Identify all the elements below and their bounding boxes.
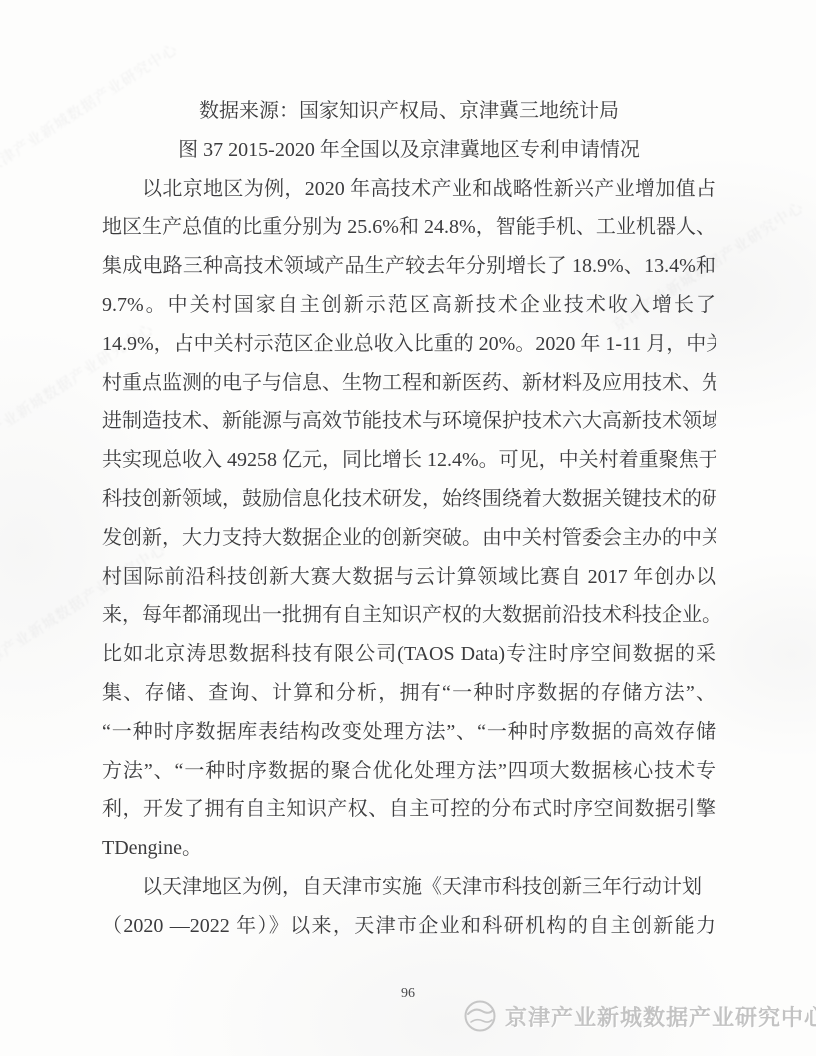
body-line: 利，开发了拥有自主知识产权、自主可控的分布式时序空间数据引擎: [102, 790, 716, 829]
body-line: 村重点监测的电子与信息、生物工程和新医药、新材料及应用技术、先: [102, 364, 716, 403]
body-line: 来，每年都涌现出一批拥有自主知识产权的大数据前沿技术科技企业。: [102, 596, 716, 635]
body-line: 以天津地区为例，自天津市实施《天津市科技创新三年行动计划: [102, 868, 716, 907]
swirl-globe-icon: [462, 998, 498, 1034]
body-line: “一种时序数据库表结构改变处理方法”、“一种时序数据的高效存储: [102, 713, 716, 752]
body-line: TDengine。: [102, 829, 716, 868]
body-line: 集、存储、查询、计算和分析，拥有“一种时序数据的存储方法”、: [102, 674, 716, 713]
body-line: 方法”、“一种时序数据的聚合优化处理方法”四项大数据核心技术专: [102, 752, 716, 791]
body-line: 进制造技术、新能源与高效节能技术与环境保护技术六大高新技术领域: [102, 402, 716, 441]
body-line: 9.7%。中关村国家自主创新示范区高新技术企业技术收入增长了: [102, 286, 716, 325]
footer-brand: 京津产业新城数据产业研究中心: [462, 998, 816, 1034]
body-line: 集成电路三种高技术领域产品生产较去年分别增长了 18.9%、13.4%和: [102, 247, 716, 286]
body-line: 共实现总收入 49258 亿元，同比增长 12.4%。可见，中关村着重聚焦于: [102, 441, 716, 480]
body-line: 发创新，大力支持大数据企业的创新突破。由中关村管委会主办的中关: [102, 519, 716, 558]
body-line: 地区生产总值的比重分别为 25.6%和 24.8%，智能手机、工业机器人、: [102, 208, 716, 247]
document-page: 京津产业新城数据产业研究中心 京津产业新城数据产业研究中心 京津产业新城数据产业…: [0, 0, 816, 1056]
body-line: 比如北京涛思数据科技有限公司(TAOS Data)专注时序空间数据的采: [102, 635, 716, 674]
body-line: 以北京地区为例，2020 年高技术产业和战略性新兴产业增加值占: [102, 170, 716, 209]
body-text: 数据来源：国家知识产权局、京津冀三地统计局 图 37 2015-2020 年全国…: [102, 92, 716, 946]
body-line: （2020 —2022 年）》以来，天津市企业和科研机构的自主创新能力: [102, 907, 716, 946]
body-line: 14.9%，占中关村示范区企业总收入比重的 20%。2020 年 1-11 月，…: [102, 325, 716, 364]
figure-caption: 图 37 2015-2020 年全国以及京津冀地区专利申请情况: [102, 131, 716, 170]
body-line: 科技创新领域，鼓励信息化技术研发，始终围绕着大数据关键技术的研: [102, 480, 716, 519]
body-line: 村国际前沿科技创新大赛大数据与云计算领域比赛自 2017 年创办以: [102, 558, 716, 597]
brand-text: 京津产业新城数据产业研究中心: [505, 1001, 816, 1032]
data-source-line: 数据来源：国家知识产权局、京津冀三地统计局: [102, 92, 716, 131]
